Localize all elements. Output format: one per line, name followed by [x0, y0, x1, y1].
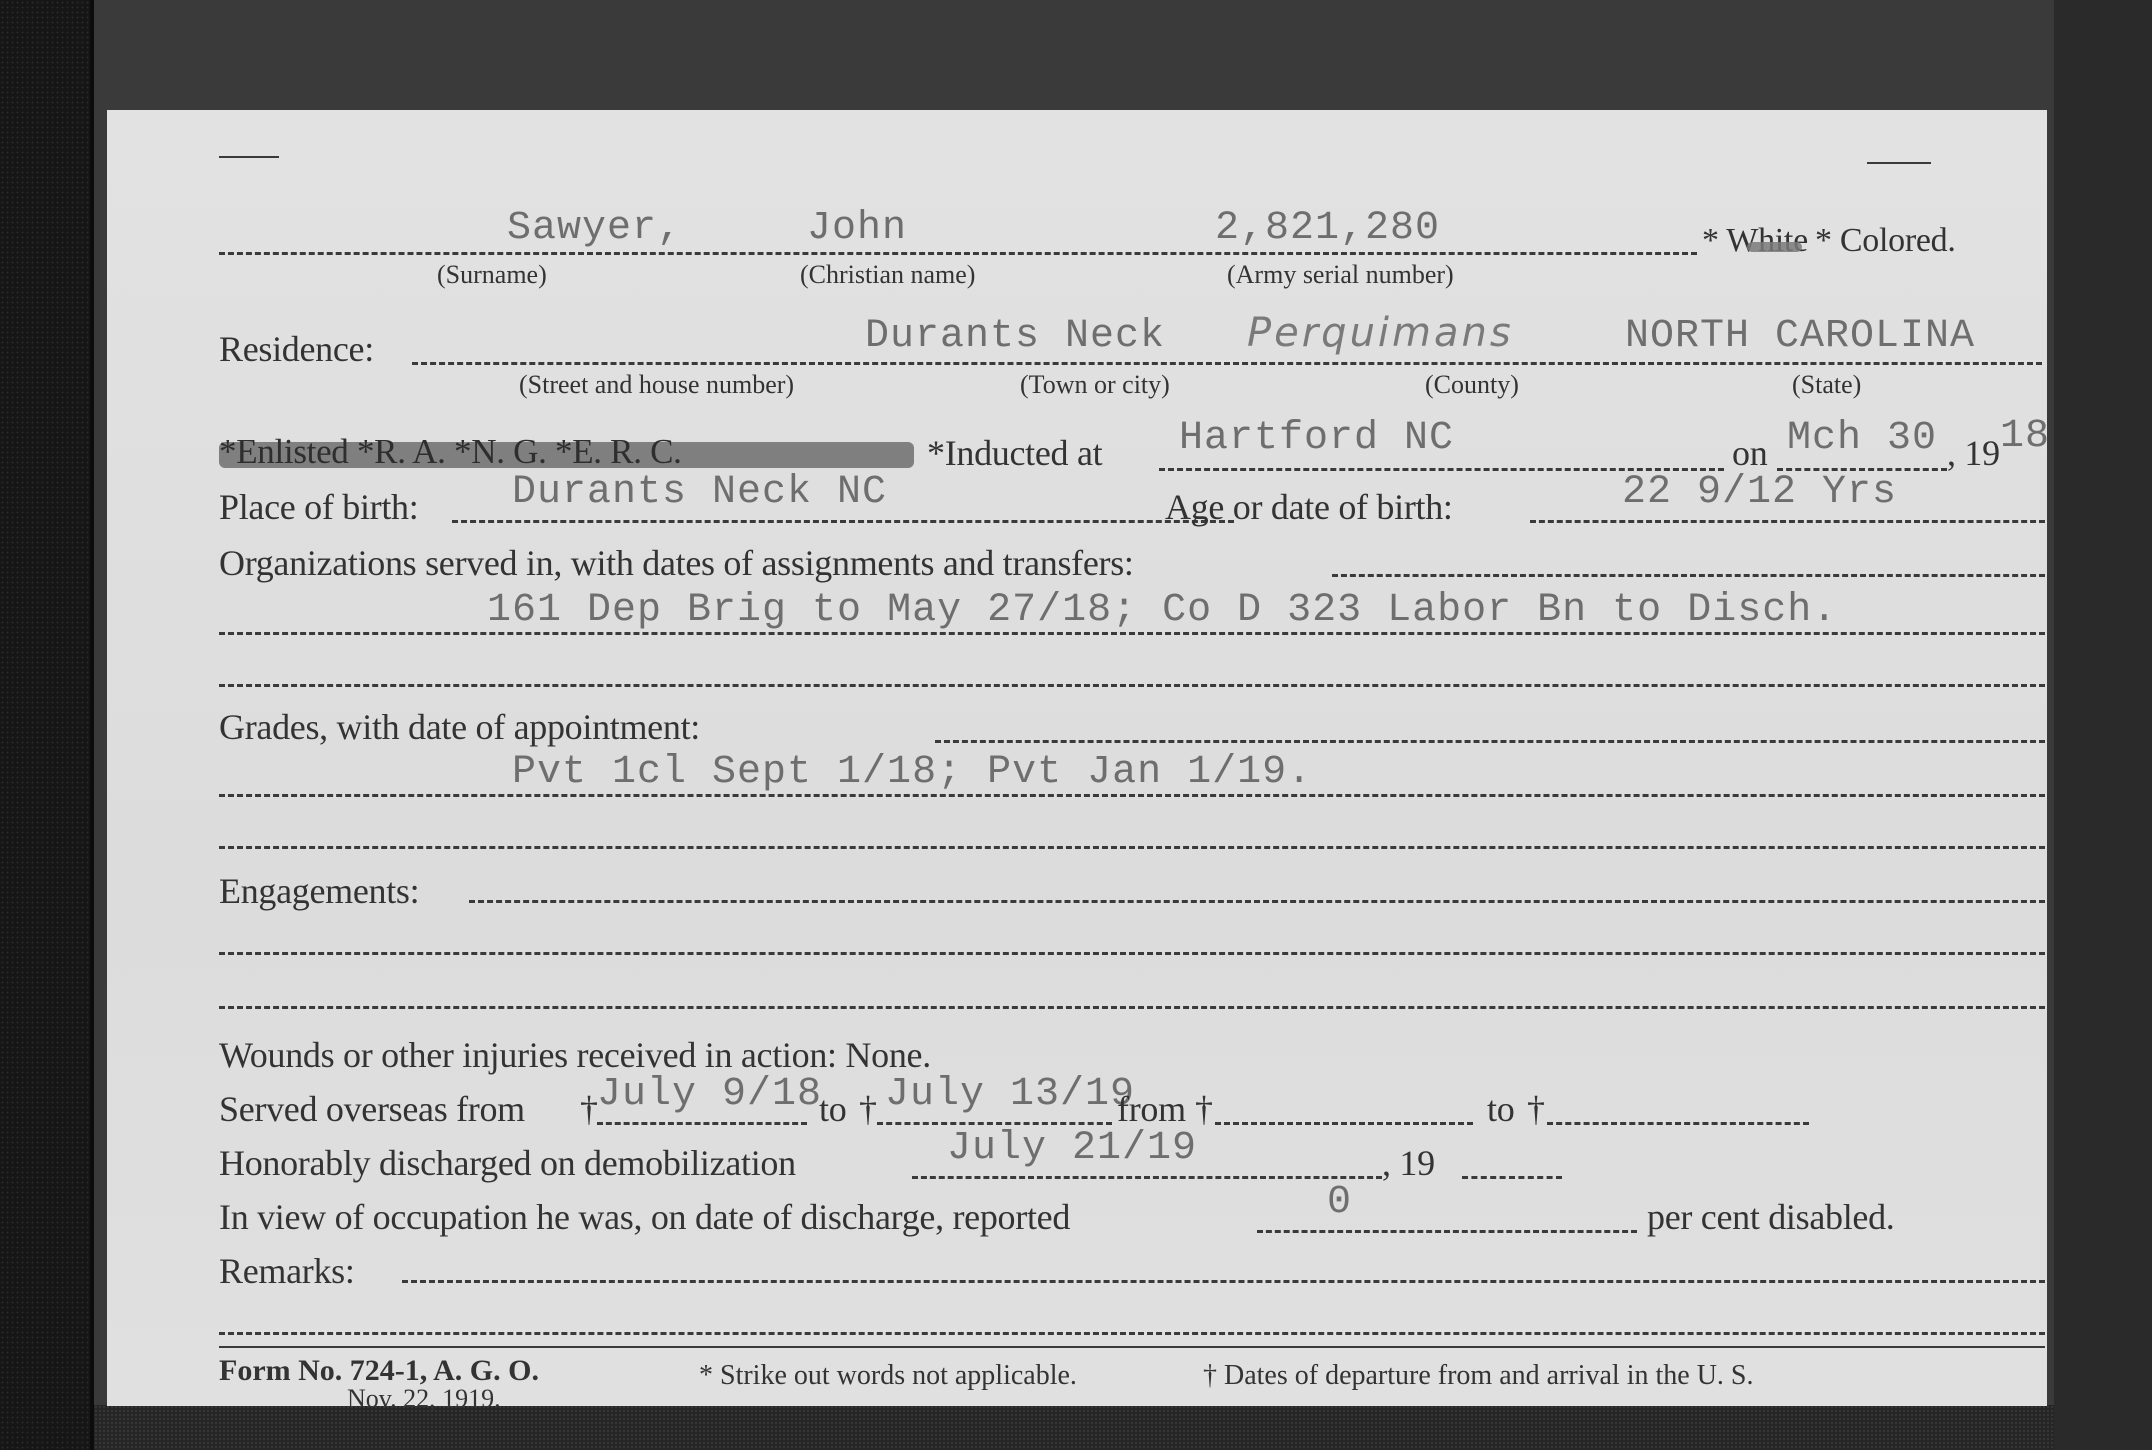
- footer-rule: [219, 1346, 2045, 1348]
- engagements-line2: [219, 952, 2045, 955]
- wounds-value: None.: [845, 1035, 930, 1075]
- organizations-line1-value: 161 Dep Brig to May 27/18; Co D 323 Labo…: [487, 588, 1837, 633]
- overseas-to-value: July 13/19: [885, 1072, 1135, 1117]
- dagger-mark: †: [1527, 1088, 1545, 1130]
- inducted-at-value: Hartford NC: [1179, 416, 1454, 461]
- race-colored-option: * Colored.: [1815, 222, 1956, 260]
- place-of-birth-value: Durants Neck NC: [512, 470, 887, 515]
- grades-label: Grades, with date of appointment:: [219, 706, 700, 748]
- service-record-card: Sawyer, John 2,821,280 * White * Colored…: [107, 110, 2047, 1406]
- engagements-line1: [469, 900, 2045, 903]
- age-line: [1530, 520, 2045, 523]
- residence-state-value: NORTH CAROLINA: [1625, 314, 1975, 359]
- scan-border-left: [0, 0, 92, 1450]
- overseas-from2-line: [1215, 1122, 1473, 1125]
- place-of-birth-label: Place of birth:: [219, 486, 418, 528]
- discharge-year-line: [1462, 1176, 1562, 1179]
- engagements-line3: [219, 1006, 2045, 1009]
- dagger-note: † Dates of departure from and arrival in…: [1203, 1360, 1753, 1392]
- corner-mark: [219, 156, 279, 158]
- surname-value: Sawyer,: [507, 206, 682, 251]
- surname-caption: (Surname): [437, 260, 547, 290]
- enlisted-options: *Enlisted *R. A. *N. G. *E. R. C.: [219, 432, 682, 472]
- christian-name-value: John: [807, 206, 907, 251]
- form-number: Form No. 724-1, A. G. O.: [219, 1354, 539, 1388]
- grades-line2: [219, 846, 2045, 849]
- induction-date-value: Mch 30: [1787, 416, 1937, 461]
- overseas-label: Served overseas from: [219, 1088, 525, 1130]
- age-label: Age or date of birth:: [1165, 486, 1453, 528]
- overseas-to2-label: to: [1487, 1088, 1514, 1130]
- town-caption: (Town or city): [1020, 370, 1170, 400]
- remarks-line2: [219, 1332, 2045, 1335]
- dagger-mark: †: [859, 1088, 877, 1130]
- overseas-from2-label: from: [1117, 1088, 1186, 1130]
- disability-line: [1257, 1230, 1637, 1233]
- disability-label: In view of occupation he was, on date of…: [219, 1196, 1070, 1238]
- strike-out-note: * Strike out words not applicable.: [699, 1360, 1077, 1392]
- disability-percent-value: 0: [1327, 1180, 1352, 1225]
- overseas-from-line: [597, 1122, 807, 1125]
- form-date: Nov. 22, 1919.: [347, 1384, 501, 1414]
- induction-year-value: 18: [2000, 414, 2050, 459]
- county-caption: (County): [1425, 370, 1519, 400]
- induction-year-prefix: , 19: [1947, 432, 2000, 474]
- organizations-label-line: [1332, 574, 2045, 577]
- discharge-label: Honorably discharged on demobilization: [219, 1142, 796, 1184]
- residence-county-value: Perquimans: [1247, 310, 1514, 356]
- remarks-label: Remarks:: [219, 1250, 355, 1292]
- discharge-year-prefix: , 19: [1382, 1142, 1435, 1184]
- grades-line1-value: Pvt 1cl Sept 1/18; Pvt Jan 1/19.: [512, 750, 1312, 795]
- overseas-to2-line: [1547, 1122, 1809, 1125]
- state-caption: (State): [1792, 370, 1861, 400]
- overseas-to-line: [877, 1122, 1112, 1125]
- christian-name-caption: (Christian name): [800, 260, 975, 290]
- on-label: on: [1732, 432, 1767, 474]
- scan-border-right: [2054, 0, 2152, 1450]
- grades-label-line: [935, 740, 2045, 743]
- serial-number-caption: (Army serial number): [1227, 260, 1454, 290]
- dagger-mark: †: [580, 1088, 598, 1130]
- overseas-to-label: to: [819, 1088, 846, 1130]
- wounds-label: Wounds or other injuries received in act…: [219, 1035, 837, 1075]
- serial-number-value: 2,821,280: [1215, 206, 1440, 251]
- dagger-mark: †: [1195, 1088, 1213, 1130]
- age-value: 22 9/12 Yrs: [1622, 470, 1897, 515]
- race-white-option: * White: [1702, 222, 1808, 260]
- residence-line: [412, 362, 2042, 365]
- card-number-rule: [1867, 162, 1931, 164]
- white-strikeout: [1747, 242, 1802, 252]
- residence-town-value: Durants Neck: [865, 314, 1165, 359]
- remarks-line1: [402, 1280, 2045, 1283]
- discharge-date-value: July 21/19: [947, 1126, 1197, 1171]
- inducted-label: *Inducted at: [927, 432, 1102, 474]
- wounds-row: Wounds or other injuries received in act…: [219, 1034, 931, 1076]
- grades-line1: [219, 794, 2045, 797]
- residence-label: Residence:: [219, 328, 374, 370]
- street-caption: (Street and house number): [519, 370, 794, 400]
- organizations-line2: [219, 684, 2045, 687]
- organizations-label: Organizations served in, with dates of a…: [219, 542, 1134, 584]
- name-line: [219, 252, 1697, 255]
- organizations-line1: [219, 632, 2045, 635]
- place-of-birth-line: [452, 520, 1234, 523]
- disability-suffix: per cent disabled.: [1647, 1196, 1895, 1238]
- discharge-date-line: [912, 1176, 1382, 1179]
- overseas-from-value: July 9/18: [597, 1072, 822, 1117]
- engagements-label: Engagements:: [219, 870, 419, 912]
